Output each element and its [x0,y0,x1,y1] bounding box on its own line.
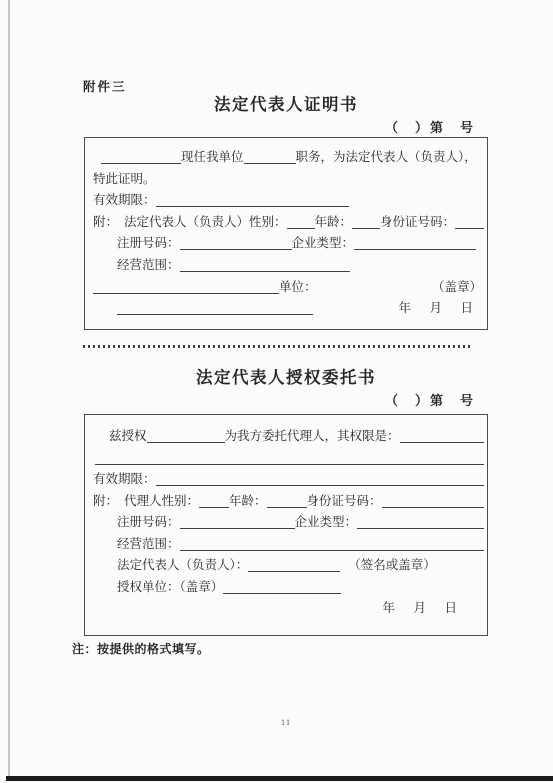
blank-position-line [244,153,296,164]
authorization-row-validity: 有效期限： [93,469,484,491]
authorization-row-date: 年 月 日 [93,598,484,620]
authorize-pre-label: 兹授权 [109,426,147,448]
scan-left-edge [8,0,10,776]
certificate-row-registration: 注册号码： 企业类型： [93,233,484,255]
attachment-prefix-label: 附： [93,212,118,234]
dotted-separator [83,345,472,348]
blank-scope-line [180,261,350,272]
business-scope-label: 经营范围： [117,255,180,277]
certificate-row-attachment: 附： 法定代表人（负责人）性别： 年龄： 身份证号码： [93,212,484,234]
date-label: 年 月 日 [382,598,460,620]
blank-registration-line [180,239,292,250]
agent-gender-label: 代理人性别： [124,491,199,513]
authorization-row-intro: 兹授权 为我方委托代理人，其权限是： [93,426,484,448]
age-label: 年龄： [229,491,267,513]
authorization-row-attachment: 附： 代理人性别： 年龄： 身份证号码： [93,491,484,513]
certificate-row-validity: 有效期限： [93,190,484,212]
blank-legal-rep-line [248,561,340,572]
blank-name-line [101,153,181,164]
authorization-row-legal-rep: 法定代表人（负责人）： （签名或盖章） [93,555,484,577]
authorization-row-continuation [93,448,484,470]
validity-label: 有效期限： [93,469,156,491]
blank-id-line [382,497,484,508]
certificate-title: 法定代表人证明书 [84,91,488,115]
blank-validity-line [156,196,349,207]
auth-unit-label: 授权单位：（盖章） [117,577,223,599]
page-number: 11 [84,717,488,727]
blank-enterprise-type-line [357,518,484,529]
authorize-post-label: 为我方委托代理人，其权限是： [225,426,400,448]
blank-scope-line [180,540,484,551]
blank-age-line [267,497,307,508]
seal-label: （盖章） [432,277,482,299]
registration-label: 注册号码： [117,512,180,534]
intro-pre-label: 现任我单位 [181,147,244,169]
blank-gender-line [199,497,229,508]
authorization-row-scope: 经营范围： [93,534,484,556]
blank-signature-line [117,304,313,315]
sign-or-seal-label: （签名或盖章） [348,555,436,577]
age-label: 年龄： [315,212,353,234]
certificate-row-date: 年 月 日 [93,298,484,320]
authorization-row-registration: 注册号码： 企业类型： [93,512,484,534]
validity-label: 有效期限： [93,190,156,212]
business-scope-label: 经营范围： [117,534,180,556]
blank-authority-line [400,432,484,443]
blank-gender-line [287,218,315,229]
id-label: 身份证号码： [307,491,382,513]
authorization-title: 法定代表人授权委托书 [84,364,488,388]
hereby-label: 特此证明。 [93,169,156,191]
blank-validity-line [156,475,484,486]
intro-post-label: 职务，为法定代表人（负责人）， [296,147,477,169]
footnote: 注：按提供的格式填写。 [72,640,210,657]
enterprise-type-label: 企业类型： [292,233,355,255]
blank-auth-unit-line [223,583,341,594]
blank-authority-continuation-line [95,454,484,465]
blank-age-line [352,218,380,229]
scan-bottom-edge [6,776,553,781]
registration-label: 注册号码： [117,233,180,255]
enterprise-type-label: 企业类型： [295,512,358,534]
certificate-box: 现任我单位 职务，为法定代表人（负责人）， 特此证明。 有效期限： 附： 法定代… [84,137,488,330]
certificate-row-intro: 现任我单位 职务，为法定代表人（负责人）， [93,147,484,169]
certificate-row-hereby: 特此证明。 [93,169,484,191]
attachment-prefix-label: 附： [93,491,118,513]
unit-label: 单位： [279,277,317,299]
authorization-doc-number: （ ）第 号 [84,390,488,409]
blank-registration-line [180,518,295,529]
gender-label: 法定代表人（负责人）性别： [124,212,287,234]
id-label: 身份证号码： [380,212,455,234]
blank-unit-line [93,283,279,294]
authorization-row-auth-unit: 授权单位：（盖章） [93,577,484,599]
certificate-doc-number: （ ）第 号 [84,117,488,136]
date-label: 年 月 日 [398,298,476,320]
blank-enterprise-type-line [354,239,476,250]
blank-id-line [455,218,484,229]
blank-agent-name-line [147,432,225,443]
authorization-box: 兹授权 为我方委托代理人，其权限是： 有效期限： 附： 代理人性别： 年龄： 身… [84,414,488,636]
certificate-row-unit: 单位： （盖章） [93,277,484,299]
certificate-row-scope: 经营范围： [93,255,484,277]
legal-rep-label: 法定代表人（负责人）： [117,555,248,577]
scanned-page: 附件三 法定代表人证明书 （ ）第 号 现任我单位 职务，为法定代表人（负责人）… [0,0,553,783]
